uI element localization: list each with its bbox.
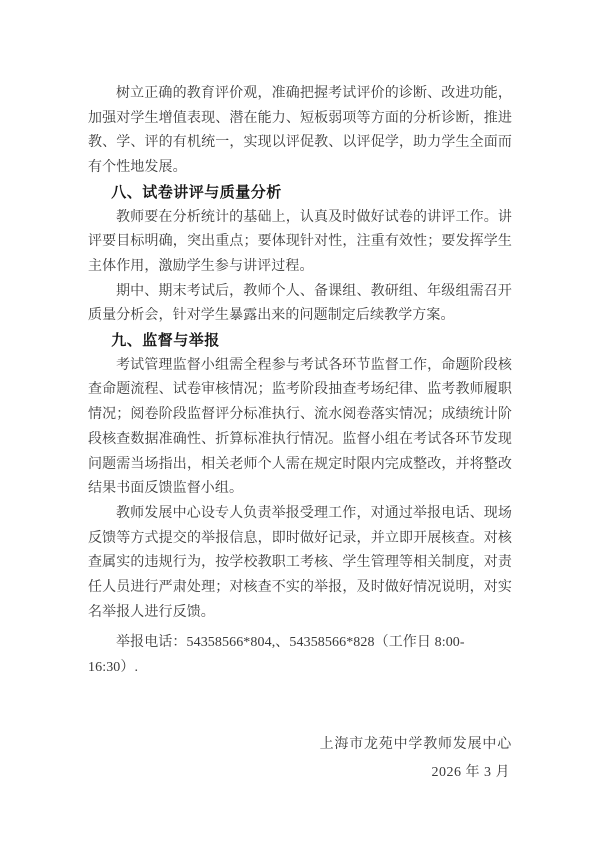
document-body: 树立正确的教育评价观，准确把握考试评价的诊断、改进功能，加强对学生增值表现、潜在… bbox=[88, 82, 512, 787]
section-heading-9-supervision-report: 九、监督与举报 bbox=[88, 329, 512, 354]
paragraph-supervision-group: 考试管理监督小组需全程参与考试各环节监督工作，命题阶段核查命题流程、试卷审核情况… bbox=[88, 354, 512, 502]
signature-block: 上海市龙苑中学教师发展中心 2026 年 3 月 bbox=[88, 731, 512, 787]
paragraph-evaluation-view: 树立正确的教育评价观，准确把握考试评价的诊断、改进功能，加强对学生增值表现、潜在… bbox=[88, 82, 512, 181]
paragraph-report-handling: 教师发展中心设专人负责举报受理工作，对通过举报电话、现场反馈等方式提交的举报信息… bbox=[88, 502, 512, 626]
paragraph-quality-analysis-meeting: 期中、期末考试后，教师个人、备课组、教研组、年级组需召开质量分析会，针对学生暴露… bbox=[88, 280, 512, 329]
signature-organization: 上海市龙苑中学教师发展中心 bbox=[88, 731, 512, 759]
document-page: 树立正确的教育评价观，准确把握考试评价的诊断、改进功能，加强对学生增值表现、潜在… bbox=[0, 0, 600, 848]
paragraph-review-requirements: 教师要在分析统计的基础上，认真及时做好试卷的讲评工作。讲评要目标明确，突出重点；… bbox=[88, 206, 512, 280]
section-heading-8-review-analysis: 八、试卷讲评与质量分析 bbox=[88, 181, 512, 206]
report-phone-line: 举报电话：54358566*804,、54358566*828（工作日 8:00… bbox=[88, 631, 512, 680]
signature-date: 2026 年 3 月 bbox=[88, 759, 512, 787]
